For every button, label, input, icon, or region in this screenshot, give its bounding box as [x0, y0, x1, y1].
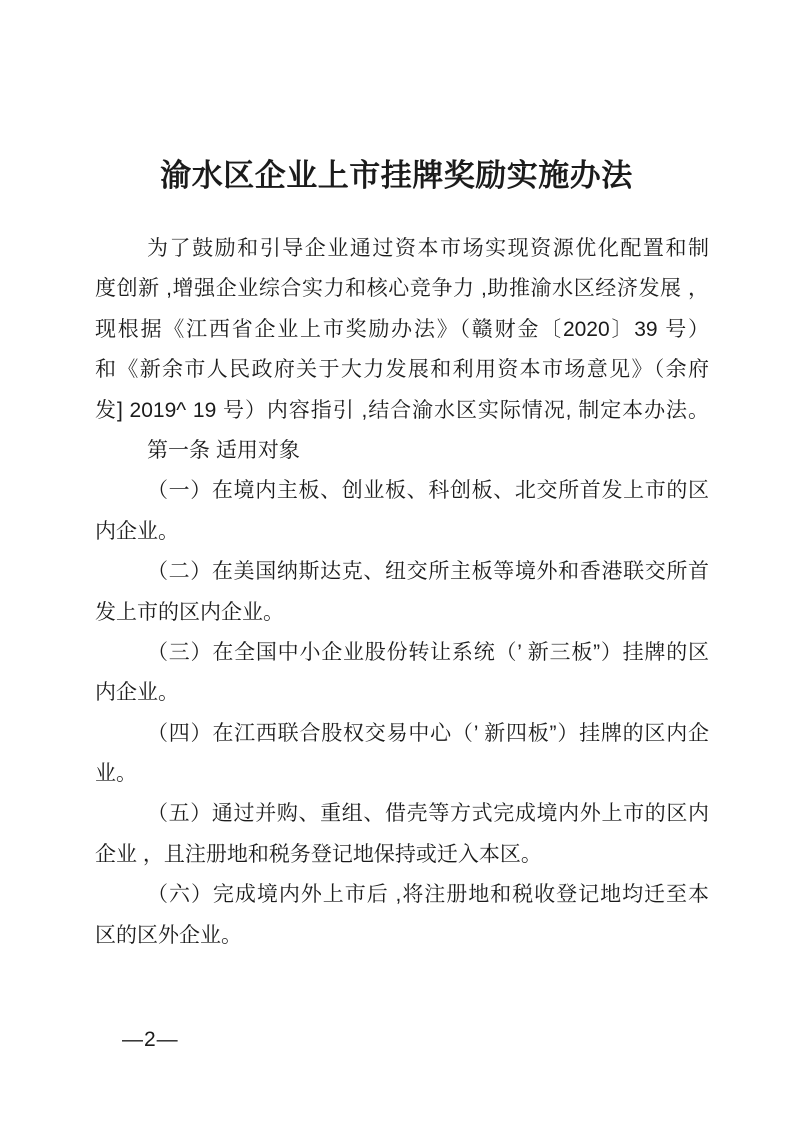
text-line: 度创新 ,增强企业综合实力和核心竞争力 ,助推渝水区经济发展 ，: [95, 269, 709, 309]
page-number: —2—: [122, 1028, 179, 1052]
text-line: 业。: [95, 754, 709, 794]
text-line: 发上市的区内企业。: [95, 593, 709, 633]
text-line: （一）在境内主板、创业板、科创板、北交所首发上市的区: [95, 471, 709, 511]
text-line: 第一条 适用对象: [95, 431, 709, 471]
text-line: 内企业。: [95, 512, 709, 552]
text-line: （五）通过并购、重组、借壳等方式完成境内外上市的区内: [95, 794, 709, 834]
text-line: 发] 2019^ 19 号）内容指引 ,结合渝水区实际情况, 制定本办法。: [95, 391, 709, 431]
text-line: （六）完成境内外上市后 ,将注册地和税收登记地均迁至本: [95, 875, 709, 915]
text-line: （四）在江西联合股权交易中心（’ 新四板”）挂牌的区内企: [95, 714, 709, 754]
document-title: 渝水区企业上市挂牌奖励实施办法: [0, 150, 793, 195]
text-line: （二）在美国纳斯达克、纽交所主板等境外和香港联交所首: [95, 552, 709, 592]
text-line: 内企业。: [95, 673, 709, 713]
document-page: 渝水区企业上市挂牌奖励实施办法 为了鼓励和引导企业通过资本市场实现资源优化配置和…: [0, 0, 793, 1122]
text-line: 为了鼓励和引导企业通过资本市场实现资源优化配置和制: [95, 229, 709, 269]
text-line: 现根据《江西省企业上市奖励办法》（赣财金〔2020〕39 号）: [95, 310, 709, 350]
text-line: 企业 ，且注册地和税务登记地保持或迁入本区。: [95, 835, 709, 875]
document-body: 为了鼓励和引导企业通过资本市场实现资源优化配置和制度创新 ,增强企业综合实力和核…: [95, 229, 709, 956]
text-line: 区的区外企业。: [95, 916, 709, 956]
text-line: 和《新余市人民政府关于大力发展和利用资本市场意见》（余府: [95, 350, 709, 390]
text-line: （三）在全国中小企业股份转让系统（’ 新三板”）挂牌的区: [95, 633, 709, 673]
